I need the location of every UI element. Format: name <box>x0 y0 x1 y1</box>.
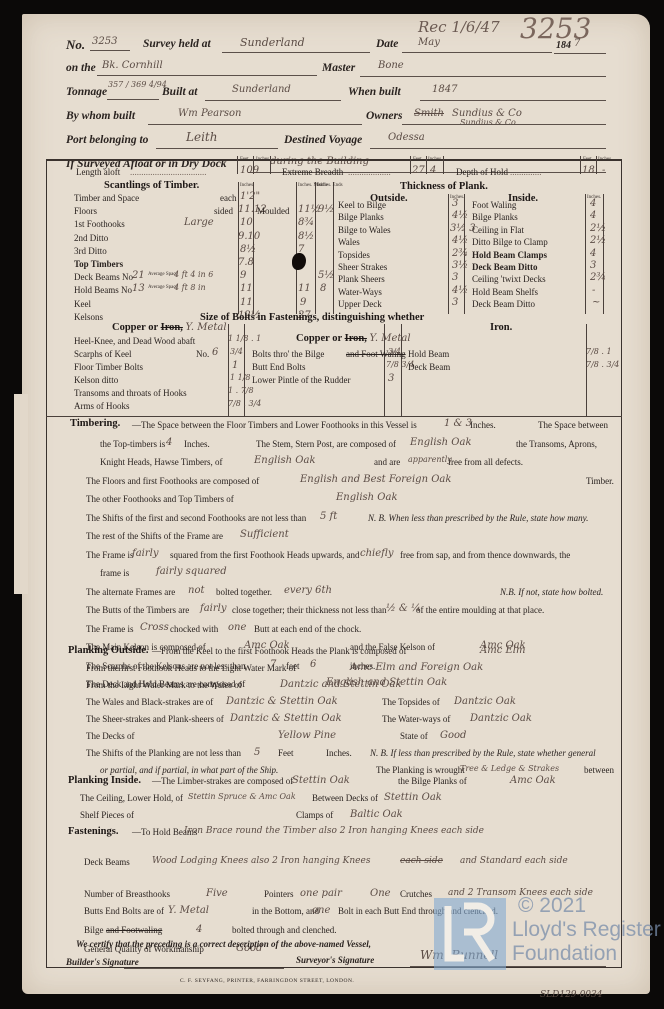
year-value: 7 <box>574 38 580 49</box>
scantling-row: Hold Beams No 13 Average Space 4 ft 8 in… <box>74 285 336 298</box>
plank-inside-list: Foot Waling4 Bilge Planks4 Ceiling in Fl… <box>472 200 612 312</box>
builder-signature-label: Builder's Signature <box>66 957 139 967</box>
planking-inside-section: Planking Inside. —The Limber-strakes are… <box>60 775 620 826</box>
bolts-iron-list: Hold Beam7/8 . 1 Deck Beam7/8 . 3/4 <box>408 349 618 375</box>
date-value: May <box>418 37 440 48</box>
no-value: 3253 <box>92 36 117 47</box>
master-value: Bone <box>378 60 404 71</box>
printer-imprint: C. F. SEYFANG, PRINTER, FARRINGDON STREE… <box>180 978 354 984</box>
scantling-row: 1st Foothooks Large 10 8¾ <box>74 219 336 232</box>
built-at-value: Sunderland <box>232 84 291 95</box>
voyage-label: Destined Voyage <box>284 134 362 146</box>
no-label: No. <box>66 37 85 53</box>
voyage-value: Odessa <box>388 132 425 143</box>
bolts-left-list: Heel-Knee, and Dead Wood abaft1 1/8 . 1 … <box>74 336 254 414</box>
extreme-breadth-label: Extreme Breadth <box>282 167 343 177</box>
tonnage-value: 357 / 369 4/94 <box>108 80 167 89</box>
depth-of-hold-label: Depth of Hold <box>456 167 508 177</box>
date-label: Date <box>376 38 398 50</box>
master-label: Master <box>322 62 355 74</box>
bolts-title: Size of Bolts in Fastenings, distinguish… <box>200 312 424 323</box>
bolts-middle-list: Bolts thro' the Bilge and Foot Waling3/4… <box>252 349 412 388</box>
scantling-row: 2nd Ditto 9.10 8½ <box>74 233 336 246</box>
depth-of-hold-feet: 18 <box>582 165 595 176</box>
owners-label: Owners <box>366 110 402 122</box>
bolts-copper-label-middle: Copper or Iron, Y. Metal <box>296 333 411 344</box>
received-annotation: Rec 1/6/47 <box>418 18 500 36</box>
scantling-row: Keel 11 9 <box>74 299 336 312</box>
owners-value-2: Sundius & Co <box>460 118 516 127</box>
watermark-copyright: © 2021 <box>518 894 586 918</box>
lr-logo-icon <box>434 898 506 970</box>
port-label: Port belonging to <box>66 134 148 146</box>
survey-held-value: Sunderland <box>240 36 305 49</box>
planking-outside-section: Planking Outside. —From the Keel to the … <box>60 645 620 781</box>
by-whom-built-value: Wm Pearson <box>178 108 241 119</box>
plank-title: Thickness of Plank. <box>400 181 488 192</box>
scantling-row: Timber and Space each 1'2" <box>74 193 336 206</box>
tonnage-label: Tonnage <box>66 86 107 98</box>
certification-statement: We certify that the preceding is a corre… <box>76 939 371 949</box>
port-value: Leith <box>186 130 217 144</box>
when-built-label: When built <box>348 86 401 98</box>
when-built-value: 1847 <box>432 84 457 95</box>
on-the-label: on the <box>66 62 96 74</box>
built-at-label: Built at <box>162 86 197 98</box>
ship-name: Bk. Cornhill <box>102 60 163 71</box>
length-aloft-feet: 109 <box>240 165 259 176</box>
bolts-iron-title: Iron. <box>490 322 512 333</box>
watermark-line2: Foundation <box>512 942 617 966</box>
extreme-breadth-inches: 4 <box>430 165 436 176</box>
owners-value-struck: Smith <box>414 108 444 119</box>
lloyds-register-logo <box>434 898 506 970</box>
bolts-copper-label-left: Copper or Iron, Y. Metal <box>112 322 227 333</box>
depth-of-hold-inches: - <box>602 165 605 176</box>
watermark-line1: Lloyd's Register <box>512 918 661 942</box>
by-whom-built-label: By whom built <box>66 110 135 122</box>
scantlings-title: Scantlings of Timber. <box>104 180 199 191</box>
extreme-breadth-feet: 27 <box>412 165 425 176</box>
year-prefix: 184 <box>556 40 571 51</box>
surveyor-signature-label: Surveyor's Signature <box>296 955 374 965</box>
survey-held-label: Survey held at <box>143 38 211 50</box>
document-reference: SLD129-0034 <box>540 990 602 1000</box>
length-aloft-label: Length aloft <box>76 167 120 177</box>
